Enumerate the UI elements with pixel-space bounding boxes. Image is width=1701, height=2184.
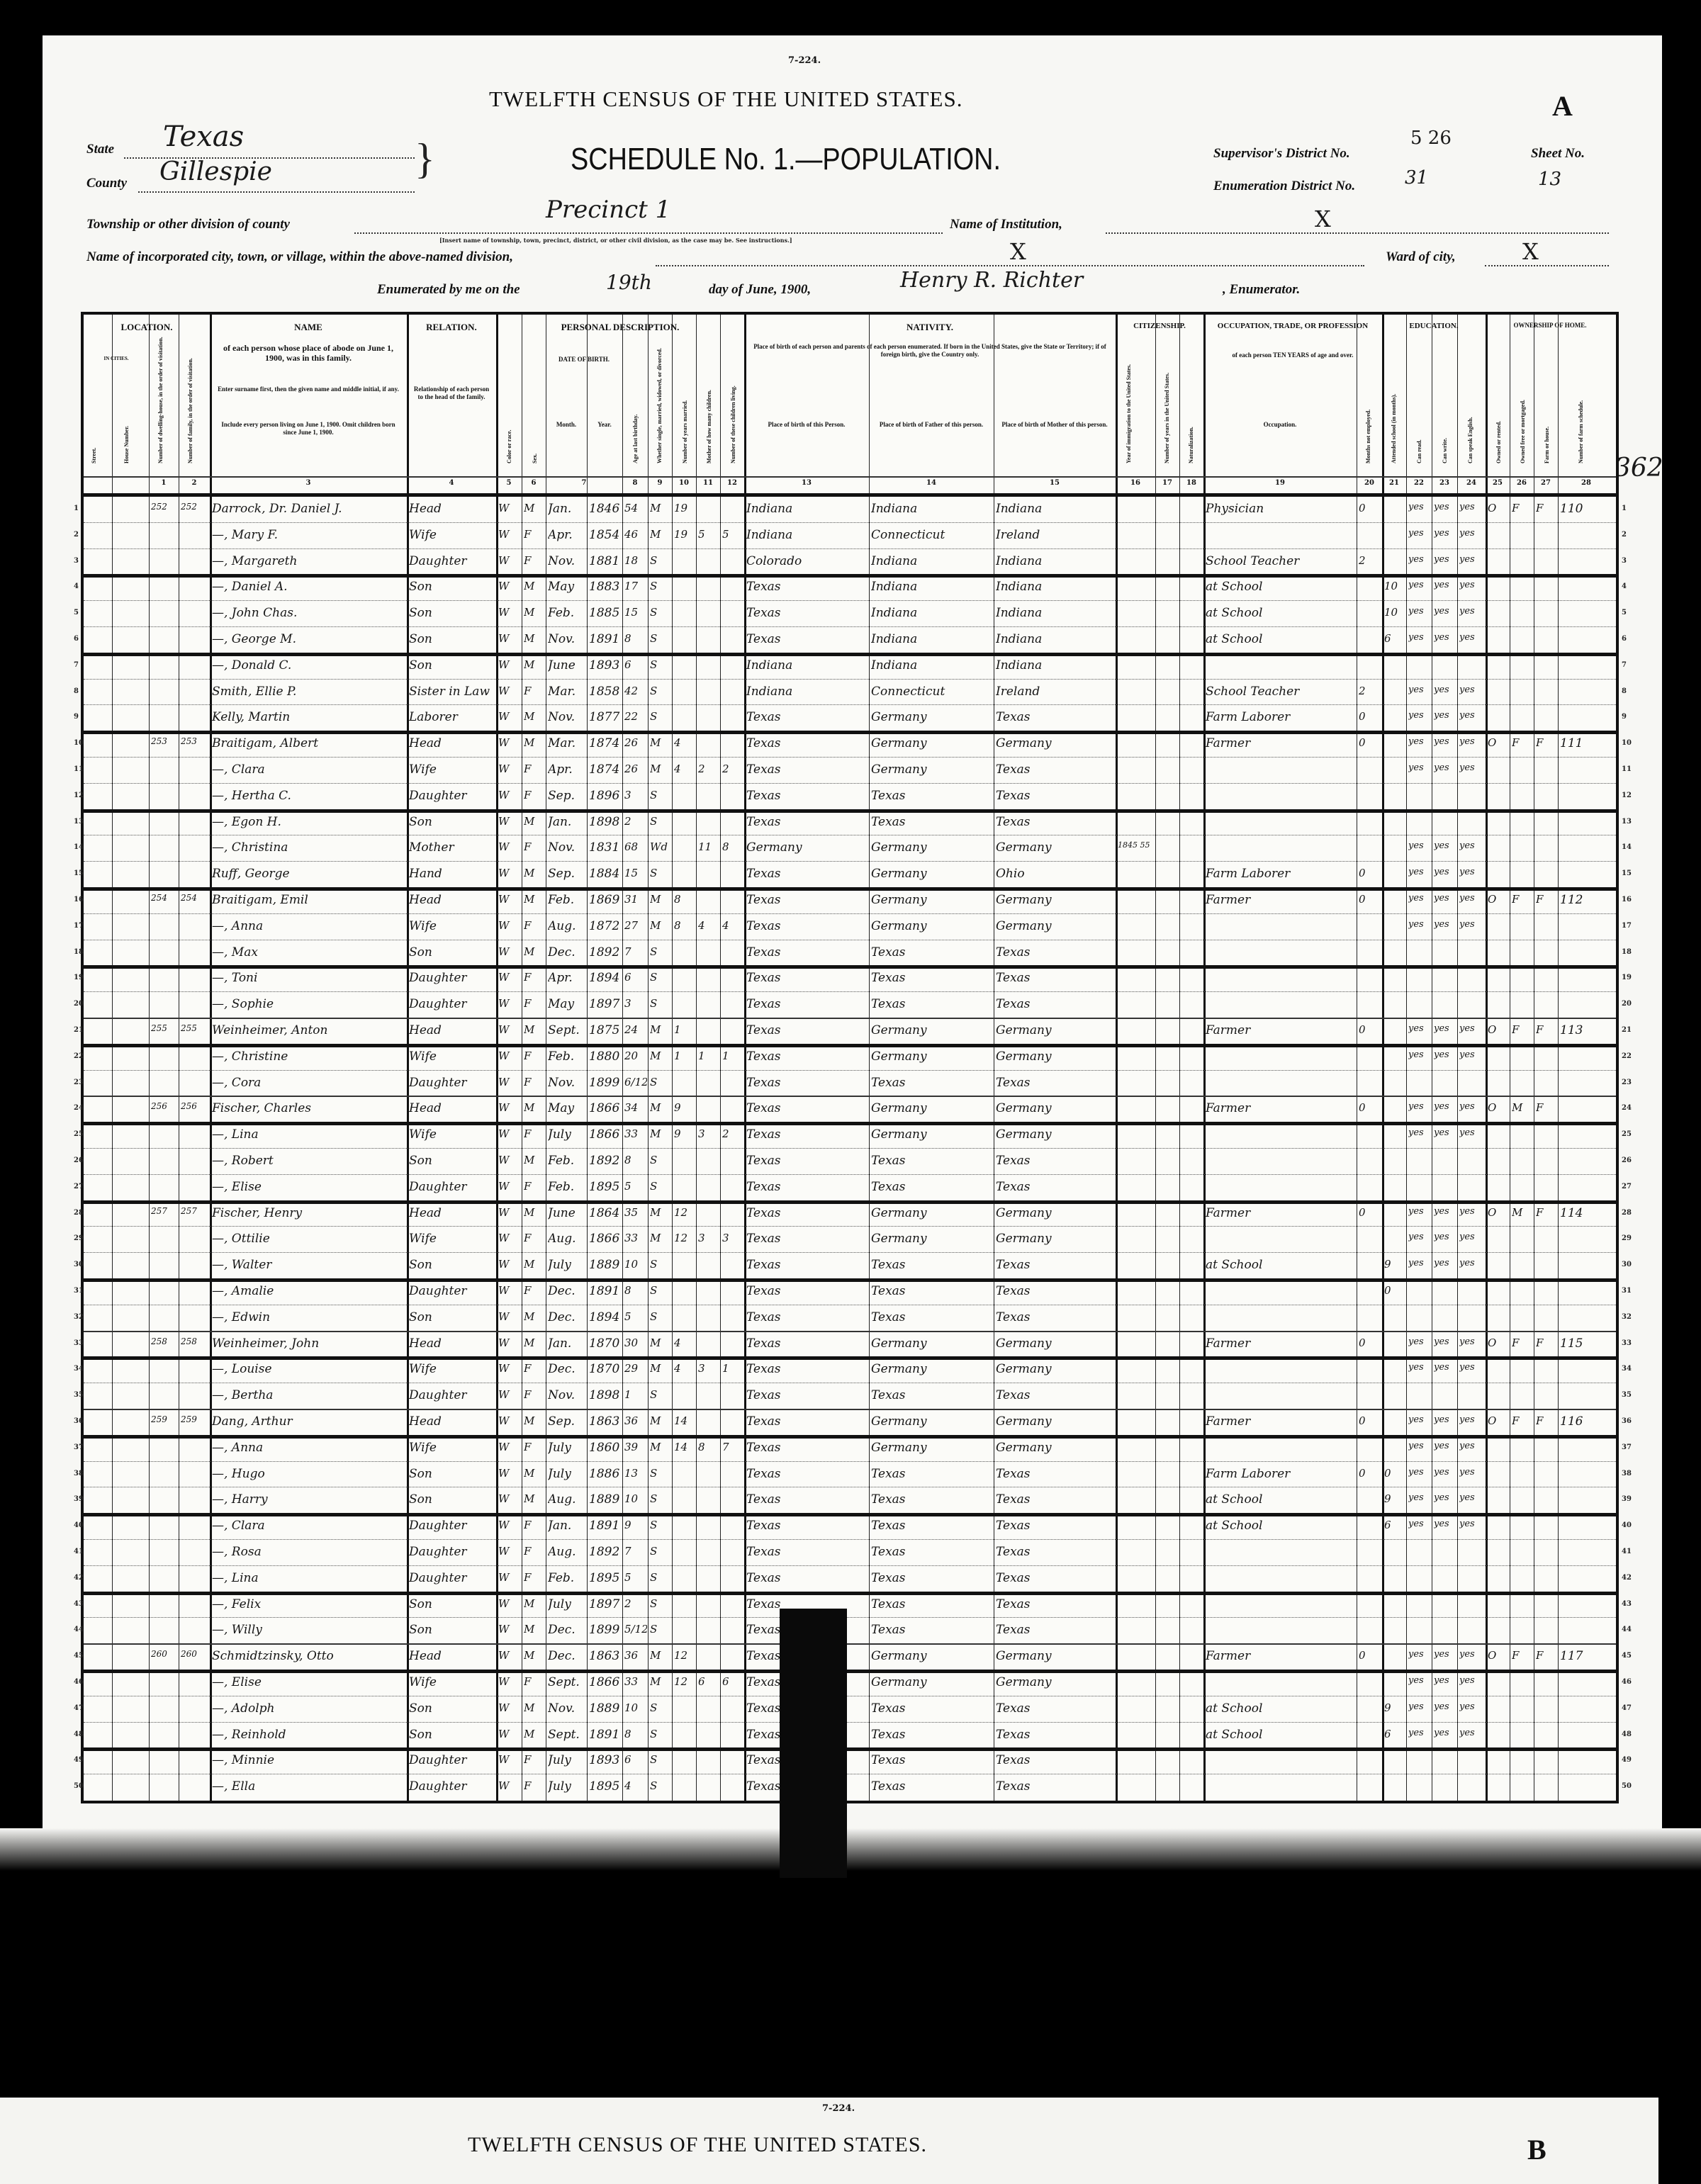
- cell-rel: Son: [409, 1154, 495, 1168]
- population-table: LOCATION.NAMEof each person whose place …: [81, 312, 1619, 1803]
- line-number: 34: [1622, 1365, 1632, 1373]
- cell-bp: Texas: [746, 710, 868, 724]
- cell-write: yes: [1434, 1492, 1456, 1503]
- column-divider: [994, 315, 994, 1801]
- cell-sch: 6: [1384, 1728, 1405, 1740]
- cell-read: yes: [1408, 1258, 1431, 1268]
- cell-own: O: [1488, 1336, 1509, 1349]
- cell-read: yes: [1408, 919, 1431, 930]
- column-number: 18: [1179, 479, 1203, 487]
- cell-sex: F: [524, 1362, 545, 1375]
- cell-sex: M: [524, 1023, 545, 1036]
- cell-occ: at School: [1206, 1258, 1356, 1272]
- cell-bm: Indiana: [996, 502, 1115, 516]
- header-dob: DATE OF BIRTH.: [546, 356, 622, 364]
- cell-dw: 258: [151, 1336, 178, 1346]
- cell-name: Weinheimer, John: [212, 1336, 406, 1351]
- column-divider: [869, 315, 870, 1801]
- row-divider: [84, 522, 1616, 523]
- cell-color: W: [498, 1441, 521, 1453]
- cell-color: W: [498, 528, 521, 541]
- cell-eng: yes: [1459, 1519, 1485, 1529]
- cell-fm: F: [1512, 1023, 1533, 1036]
- institution-line: [1106, 232, 1609, 234]
- cell-bm: Texas: [996, 1701, 1115, 1716]
- cell-age: 36: [624, 1649, 647, 1662]
- cell-age: 27: [624, 919, 647, 932]
- column-number: 3: [210, 479, 407, 487]
- line-number-left: 40: [74, 1521, 84, 1529]
- cell-read: yes: [1408, 867, 1431, 877]
- cell-name: Braitigam, Emil: [212, 893, 406, 907]
- cell-color: W: [498, 1049, 521, 1062]
- cell-color: W: [498, 1101, 521, 1114]
- cell-fm: M: [1512, 1206, 1533, 1219]
- cell-write: yes: [1434, 1023, 1456, 1034]
- cell-mar: M: [650, 1023, 671, 1036]
- cell-sex: M: [524, 736, 545, 749]
- cell-mar: M: [650, 1675, 671, 1688]
- cell-month: July: [548, 1127, 586, 1142]
- cell-month: July: [548, 1467, 586, 1481]
- cell-color: W: [498, 1310, 521, 1323]
- cell-sex: F: [524, 685, 545, 697]
- cell-name: —, Toni: [212, 971, 406, 985]
- line-number-left: 50: [74, 1782, 84, 1790]
- cell-month: Sep.: [548, 789, 586, 803]
- cell-mar: S: [650, 1701, 671, 1714]
- column-divider: [1155, 315, 1156, 1801]
- cell-read: yes: [1408, 1728, 1431, 1738]
- cell-write: yes: [1434, 528, 1456, 539]
- cell-bm: Texas: [996, 710, 1115, 724]
- line-number: 45: [1622, 1652, 1632, 1660]
- column-number: 10: [672, 479, 696, 487]
- cell-bm: Texas: [996, 762, 1115, 777]
- column-divider: [1382, 315, 1384, 1801]
- header-month: Month.: [546, 421, 587, 429]
- cell-month: Jan.: [548, 1519, 586, 1533]
- cell-bm: Indiana: [996, 554, 1115, 568]
- next-census-title: TWELFTH CENSUS OF THE UNITED STATES.: [468, 2133, 927, 2157]
- cell-bp: Texas: [746, 1545, 868, 1559]
- cell-month: May: [548, 1101, 586, 1115]
- cell-eng: yes: [1459, 1049, 1485, 1060]
- column-number: 6: [522, 479, 546, 487]
- cell-month: Apr.: [548, 971, 586, 985]
- cell-year: 1895: [589, 1571, 622, 1585]
- cell-month: Dec.: [548, 1362, 586, 1376]
- cell-age: 8: [624, 1728, 647, 1740]
- cell-bm: Germany: [996, 1127, 1115, 1142]
- row-divider: [84, 757, 1616, 758]
- line-number: 32: [1622, 1313, 1632, 1321]
- column-divider: [546, 315, 546, 1801]
- header-can-write: Can write.: [1442, 357, 1448, 463]
- cell-month: Nov.: [548, 1076, 586, 1090]
- line-number: 33: [1622, 1339, 1632, 1347]
- cell-bp: Colorado: [746, 554, 868, 568]
- line-number-left: 5: [74, 609, 79, 617]
- cell-month: Sep.: [548, 867, 586, 881]
- header-months-unemployed: Months not employed.: [1365, 357, 1371, 463]
- cell-sex: M: [524, 945, 545, 958]
- line-number: 11: [1622, 765, 1632, 773]
- cell-read: yes: [1408, 502, 1431, 512]
- cell-farm: 111: [1560, 736, 1614, 750]
- header-mother-of: Mother of how many children.: [706, 357, 712, 463]
- cell-bf: Connecticut: [871, 528, 993, 542]
- cell-sch: 9: [1384, 1492, 1405, 1505]
- row-divider: [84, 1670, 1616, 1673]
- column-divider: [696, 315, 697, 1801]
- cell-rel: Wife: [409, 1362, 495, 1376]
- cell-mar: S: [650, 815, 671, 828]
- cell-year: 1891: [589, 1284, 622, 1298]
- cell-bm: Texas: [996, 1779, 1115, 1794]
- row-divider: [84, 1226, 1616, 1227]
- cell-rel: Daughter: [409, 1076, 495, 1090]
- cell-bp: Texas: [746, 1336, 868, 1351]
- line-number-left: 45: [74, 1652, 84, 1660]
- cell-eng: yes: [1459, 919, 1485, 930]
- cell-year: 1881: [589, 554, 622, 568]
- column-divider: [1116, 315, 1118, 1801]
- cell-color: W: [498, 1675, 521, 1688]
- cell-bp: Texas: [746, 1492, 868, 1507]
- cell-year: 1854: [589, 528, 622, 542]
- cell-mar: S: [650, 997, 671, 1010]
- cell-fm: F: [1512, 893, 1533, 906]
- cell-bp: Germany: [746, 840, 868, 855]
- township-value: Precinct 1: [546, 196, 670, 224]
- column-divider: [1486, 315, 1488, 1801]
- cell-sex: F: [524, 1388, 545, 1401]
- cell-bp: Texas: [746, 1362, 868, 1376]
- margin-note: 362: [1615, 454, 1663, 483]
- cell-occ: at School: [1206, 632, 1356, 646]
- cell-write: yes: [1434, 736, 1456, 747]
- cell-read: yes: [1408, 1441, 1431, 1451]
- cell-name: —, Lina: [212, 1127, 406, 1142]
- cell-bm: Texas: [996, 997, 1115, 1011]
- cell-rel: Daughter: [409, 1519, 495, 1533]
- cell-age: 33: [624, 1232, 647, 1244]
- cell-bf: Germany: [871, 840, 993, 855]
- cell-rel: Son: [409, 1492, 495, 1507]
- cell-mar: S: [650, 1623, 671, 1636]
- cell-color: W: [498, 580, 521, 592]
- cell-sch: 0: [1384, 1284, 1405, 1297]
- cell-rel: Daughter: [409, 971, 495, 985]
- cell-rel: Son: [409, 815, 495, 829]
- cell-eng: yes: [1459, 554, 1485, 565]
- column-number: 21: [1382, 479, 1406, 487]
- cell-write: yes: [1434, 554, 1456, 565]
- cell-eng: yes: [1459, 736, 1485, 747]
- cell-bp: Indiana: [746, 658, 868, 672]
- cell-mar: M: [650, 1441, 671, 1453]
- cell-bm: Texas: [996, 1154, 1115, 1168]
- sheet-label: Sheet No.: [1531, 146, 1585, 162]
- cell-month: May: [548, 997, 586, 1011]
- cell-read: yes: [1408, 893, 1431, 904]
- cell-name: —, Hertha C.: [212, 789, 406, 803]
- cell-fh: F: [1536, 1101, 1557, 1114]
- cell-year: 1866: [589, 1675, 622, 1689]
- cell-age: 9: [624, 1519, 647, 1531]
- cell-name: Weinheimer, Anton: [212, 1023, 406, 1037]
- cell-mar: M: [650, 1414, 671, 1427]
- cell-fam: 259: [181, 1414, 209, 1424]
- cell-month: May: [548, 580, 586, 594]
- cell-ym: 4: [674, 1336, 695, 1349]
- cell-bp: Texas: [746, 945, 868, 959]
- cell-fam: 257: [181, 1206, 209, 1216]
- cell-sex: F: [524, 1180, 545, 1193]
- cell-unemp: 0: [1359, 1101, 1381, 1114]
- sheet-letter: A: [1552, 89, 1573, 123]
- cell-month: Jan.: [548, 815, 586, 829]
- cell-month: Sept.: [548, 1023, 586, 1037]
- cell-sex: M: [524, 1414, 545, 1427]
- cell-write: yes: [1434, 502, 1456, 512]
- cell-bp: Texas: [746, 1154, 868, 1168]
- header-free-mortgaged: Owned free or mortgaged.: [1520, 357, 1526, 463]
- institution-label: Name of Institution,: [950, 217, 1062, 232]
- cell-color: W: [498, 1728, 521, 1740]
- cell-write: yes: [1434, 1049, 1456, 1060]
- cell-age: 10: [624, 1258, 647, 1271]
- cell-occ: Farm Laborer: [1206, 1467, 1356, 1481]
- cell-sex: M: [524, 632, 545, 645]
- line-number-left: 25: [74, 1130, 84, 1138]
- line-number: 49: [1622, 1756, 1632, 1764]
- cell-rel: Son: [409, 1701, 495, 1716]
- cell-write: yes: [1434, 893, 1456, 904]
- cell-bm: Indiana: [996, 632, 1115, 646]
- cell-name: Ruff, George: [212, 867, 406, 881]
- column-number: 16: [1116, 479, 1155, 487]
- cell-rel: Daughter: [409, 789, 495, 803]
- cell-bm: Germany: [996, 1101, 1115, 1115]
- cell-ym: 12: [674, 1675, 695, 1688]
- cell-sex: M: [524, 1101, 545, 1114]
- cell-bf: Germany: [871, 919, 993, 933]
- cell-own: O: [1488, 1023, 1509, 1036]
- cell-year: 1870: [589, 1362, 622, 1376]
- cell-bf: Germany: [871, 1362, 993, 1376]
- line-number-left: 36: [74, 1417, 84, 1425]
- cell-age: 3: [624, 997, 647, 1010]
- cell-year: 1886: [589, 1467, 622, 1481]
- cell-bm: Texas: [996, 815, 1115, 829]
- header-name-desc: of each person whose place of abode on J…: [217, 343, 400, 364]
- header-relation-desc: Relationship of each person to the head …: [411, 385, 492, 401]
- cell-read: yes: [1408, 685, 1431, 695]
- cell-color: W: [498, 1284, 521, 1297]
- institution-value: X: [1315, 206, 1331, 232]
- cell-mo: 3: [698, 1127, 719, 1140]
- cell-eng: yes: [1459, 1023, 1485, 1034]
- column-number: 17: [1155, 479, 1179, 487]
- cell-farm: 116: [1560, 1414, 1614, 1429]
- header-color: Color or race.: [506, 357, 512, 463]
- cell-bm: Germany: [996, 1649, 1115, 1663]
- column-divider: [648, 315, 649, 1801]
- header-years-us: Number of years in the United States.: [1164, 357, 1170, 463]
- cell-month: July: [548, 1753, 586, 1767]
- cell-ym: 1: [674, 1023, 695, 1036]
- column-divider: [1357, 315, 1357, 1801]
- cell-age: 26: [624, 736, 647, 749]
- cell-bf: Texas: [871, 1545, 993, 1559]
- cell-color: W: [498, 710, 521, 723]
- cell-color: W: [498, 1206, 521, 1219]
- cell-age: 5: [624, 1180, 647, 1193]
- cell-farm: 113: [1560, 1023, 1614, 1037]
- cell-write: yes: [1434, 1206, 1456, 1217]
- cell-sex: M: [524, 893, 545, 906]
- line-number: 1: [1622, 505, 1627, 512]
- column-divider: [1457, 315, 1458, 1801]
- cell-mar: S: [650, 1467, 671, 1480]
- cell-year: 1889: [589, 1701, 622, 1716]
- line-number: 15: [1622, 869, 1632, 877]
- cell-read: yes: [1408, 580, 1431, 590]
- cell-bf: Texas: [871, 1779, 993, 1794]
- line-number-left: 37: [74, 1443, 84, 1451]
- cell-rel: Sister in Law: [409, 685, 495, 699]
- cell-age: 6: [624, 971, 647, 984]
- cell-eng: yes: [1459, 1362, 1485, 1373]
- header-name: NAME: [210, 322, 407, 333]
- cell-age: 35: [624, 1206, 647, 1219]
- cell-bp: Texas: [746, 736, 868, 750]
- cell-bp: Indiana: [746, 528, 868, 542]
- line-number-left: 3: [74, 557, 79, 565]
- cell-rel: Son: [409, 945, 495, 959]
- cell-year: 1877: [589, 710, 622, 724]
- cell-rel: Daughter: [409, 1284, 495, 1298]
- cell-bm: Germany: [996, 1362, 1115, 1376]
- cell-rel: Wife: [409, 1049, 495, 1064]
- cell-age: 18: [624, 554, 647, 567]
- cell-sex: F: [524, 1127, 545, 1140]
- cell-eng: yes: [1459, 1414, 1485, 1425]
- cell-color: W: [498, 1597, 521, 1610]
- row-divider: [84, 887, 1616, 891]
- cell-bf: Connecticut: [871, 685, 993, 699]
- cell-own: O: [1488, 502, 1509, 514]
- cell-rel: Daughter: [409, 1180, 495, 1194]
- cell-ym: 8: [674, 893, 695, 906]
- cell-fh: F: [1536, 502, 1557, 514]
- cell-mar: M: [650, 1101, 671, 1114]
- cell-color: W: [498, 1362, 521, 1375]
- cell-ym: 4: [674, 1362, 695, 1375]
- cell-read: yes: [1408, 1519, 1431, 1529]
- cell-read: yes: [1408, 554, 1431, 565]
- cell-bp: Texas: [746, 580, 868, 594]
- cell-sex: F: [524, 997, 545, 1010]
- cell-ym: 1: [674, 1049, 695, 1062]
- header-years-married: Number of years married.: [682, 357, 688, 463]
- cell-write: yes: [1434, 1649, 1456, 1660]
- cell-sex: M: [524, 867, 545, 879]
- column-number: 25: [1486, 479, 1510, 487]
- cell-mar: M: [650, 762, 671, 775]
- cell-rel: Son: [409, 1623, 495, 1637]
- header-farm-schedule: Number of farm schedule.: [1578, 357, 1584, 463]
- cell-sex: F: [524, 554, 545, 567]
- line-number: 13: [1622, 818, 1632, 826]
- row-divider: [84, 835, 1616, 835]
- cell-year: 1831: [589, 840, 622, 855]
- cell-month: July: [548, 1779, 586, 1794]
- row-divider: [84, 1774, 1616, 1774]
- cell-year: 1863: [589, 1414, 622, 1429]
- cell-bf: Germany: [871, 1101, 993, 1115]
- column-number: 22: [1406, 479, 1432, 487]
- cell-eng: yes: [1459, 840, 1485, 851]
- cell-age: 24: [624, 1023, 647, 1036]
- cell-eng: yes: [1459, 1336, 1485, 1347]
- cell-age: 68: [624, 840, 647, 853]
- cell-write: yes: [1434, 762, 1456, 773]
- cell-sex: F: [524, 1753, 545, 1766]
- cell-bf: Germany: [871, 893, 993, 907]
- cell-read: yes: [1408, 1049, 1431, 1060]
- line-number-left: 26: [74, 1156, 84, 1164]
- cell-ym: 14: [674, 1414, 695, 1427]
- cell-color: W: [498, 1180, 521, 1193]
- line-number: 35: [1622, 1391, 1632, 1399]
- cell-occ: Farmer: [1206, 1649, 1356, 1663]
- cell-month: Sep.: [548, 1414, 586, 1429]
- cell-bm: Texas: [996, 1753, 1115, 1767]
- cell-age: 1: [624, 1388, 647, 1401]
- line-number-left: 49: [74, 1756, 84, 1764]
- line-number: 29: [1622, 1234, 1632, 1242]
- cell-bm: Germany: [996, 736, 1115, 750]
- header-name-incl: Include every person living on June 1, 1…: [217, 421, 400, 437]
- line-number: 42: [1622, 1574, 1632, 1582]
- cell-bp: Indiana: [746, 685, 868, 699]
- column-number: 1: [149, 479, 179, 487]
- cell-mo: 5: [698, 528, 719, 541]
- cell-cl: 2: [722, 762, 743, 775]
- cell-write: yes: [1434, 840, 1456, 851]
- cell-fh: F: [1536, 1414, 1557, 1427]
- census-sheet-b: 7-224. TWELFTH CENSUS OF THE UNITED STAT…: [0, 2098, 1658, 2184]
- cell-unemp: 0: [1359, 1023, 1381, 1036]
- cell-unemp: 2: [1359, 554, 1381, 567]
- cell-read: yes: [1408, 1649, 1431, 1660]
- cell-year: 1892: [589, 945, 622, 959]
- header-family: Number of family, in the order of visita…: [187, 357, 193, 463]
- row-divider: [84, 548, 1616, 549]
- cell-sch: 10: [1384, 580, 1405, 592]
- township-line: [354, 232, 943, 234]
- cell-sex: M: [524, 710, 545, 723]
- cell-mar: M: [650, 1336, 671, 1349]
- cell-bp: Texas: [746, 1310, 868, 1324]
- row-divider: [84, 809, 1616, 813]
- cell-month: Feb.: [548, 1180, 586, 1194]
- cell-bp: Texas: [746, 1127, 868, 1142]
- cell-color: W: [498, 1492, 521, 1505]
